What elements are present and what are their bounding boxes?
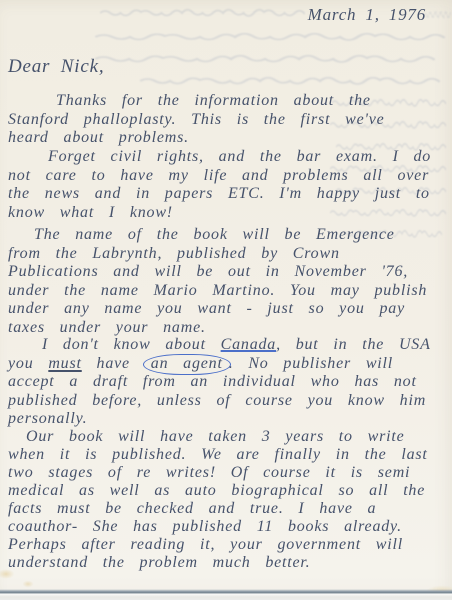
bleedthrough-text: [95, 30, 445, 44]
scanned-letter: March 1, 1976 Dear Nick, Thanks for the …: [0, 0, 452, 600]
paragraph-5: Our book will have taken 3 years to writ…: [8, 428, 438, 572]
letter-date: March 1, 1976: [308, 6, 426, 25]
underlined-word-canada: Canada: [221, 336, 276, 353]
bleedthrough-text: [100, 6, 305, 20]
paragraph-4: I don't know about Canada, but in the US…: [8, 336, 438, 429]
page-bottom-edge: [0, 586, 452, 600]
p4-segment-1: I don't know about: [42, 336, 221, 353]
paragraph-3: The name of the book will be Emergence f…: [8, 226, 438, 337]
paragraph-1: Thanks for the information about the Sta…: [8, 92, 438, 148]
circled-phrase-an-agent: an agent: [143, 354, 231, 375]
letter-paper: March 1, 1976 Dear Nick, Thanks for the …: [0, 0, 452, 600]
underlined-word-must: must: [48, 355, 81, 372]
bleedthrough-text: [140, 74, 440, 88]
bleedthrough-text: [425, 8, 451, 22]
salutation: Dear Nick,: [8, 58, 104, 77]
p4-segment-3: have: [82, 355, 145, 372]
bleedthrough-text: [95, 52, 435, 66]
paragraph-2: Forget civil rights, and the bar exam. I…: [8, 148, 438, 222]
